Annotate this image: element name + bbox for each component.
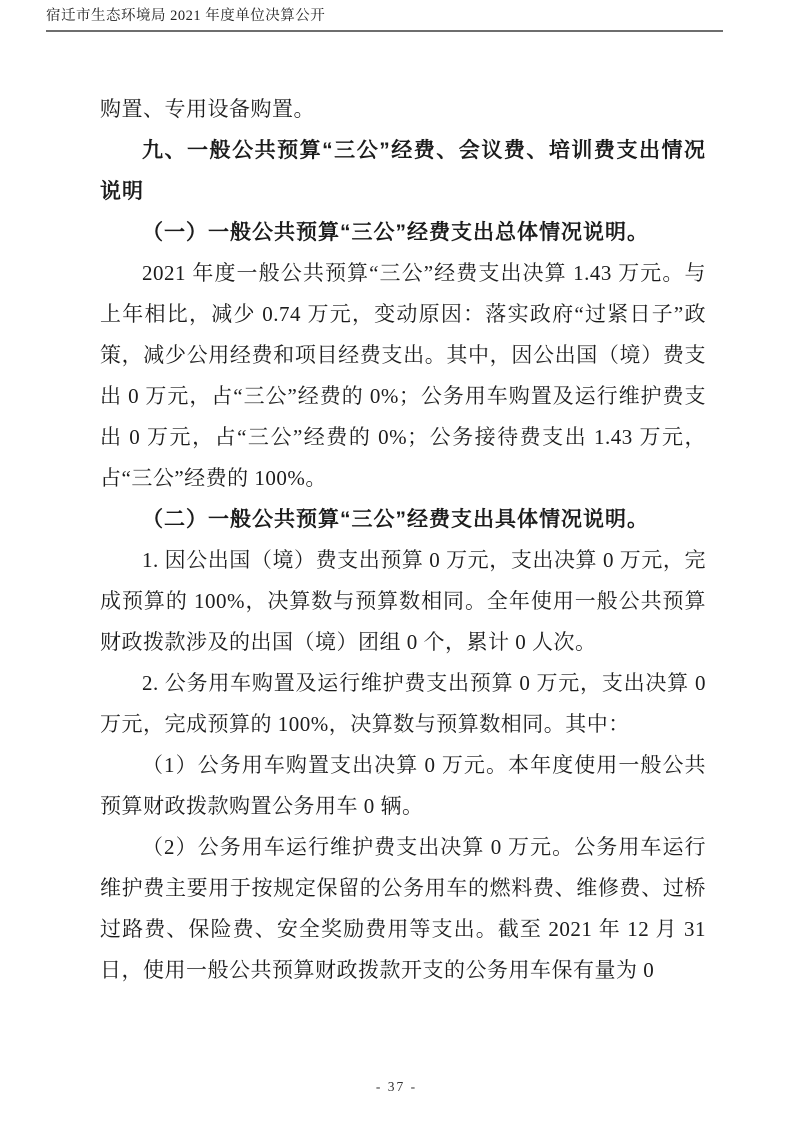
- paragraph-item-2-vehicle-expenses: 2. 公务用车购置及运行维护费支出预算 0 万元，支出决算 0 万元，完成预算的…: [100, 663, 706, 745]
- paragraph-overall-situation: 2021 年度一般公共预算“三公”经费支出决算 1.43 万元。与上年相比，减少…: [100, 253, 706, 499]
- paragraph-item-2-1-vehicle-purchase: （1）公务用车购置支出决算 0 万元。本年度使用一般公共预算财政拨款购置公务用车…: [100, 745, 706, 827]
- page-header: 宿迁市生态环境局 2021 年度单位决算公开: [46, 8, 723, 32]
- section-heading-nine: 九、一般公共预算“三公”经费、会议费、培训费支出情况说明: [100, 130, 706, 212]
- document-header-title: 宿迁市生态环境局 2021 年度单位决算公开: [46, 8, 723, 25]
- subsection-heading-one: （一）一般公共预算“三公”经费支出总体情况说明。: [100, 212, 706, 253]
- page-number: - 37 -: [376, 1079, 417, 1094]
- paragraph-item-2-2-vehicle-maintenance: （2）公务用车运行维护费支出决算 0 万元。公务用车运行维护费主要用于按规定保留…: [100, 827, 706, 991]
- paragraph-continuation: 购置、专用设备购置。: [100, 89, 706, 130]
- page-footer: - 37 -: [0, 1078, 793, 1096]
- paragraph-item-1-abroad-expenses: 1. 因公出国（境）费支出预算 0 万元，支出决算 0 万元，完成预算的 100…: [100, 540, 706, 663]
- document-body: 购置、专用设备购置。 九、一般公共预算“三公”经费、会议费、培训费支出情况说明 …: [100, 89, 706, 991]
- subsection-heading-two: （二）一般公共预算“三公”经费支出具体情况说明。: [100, 499, 706, 540]
